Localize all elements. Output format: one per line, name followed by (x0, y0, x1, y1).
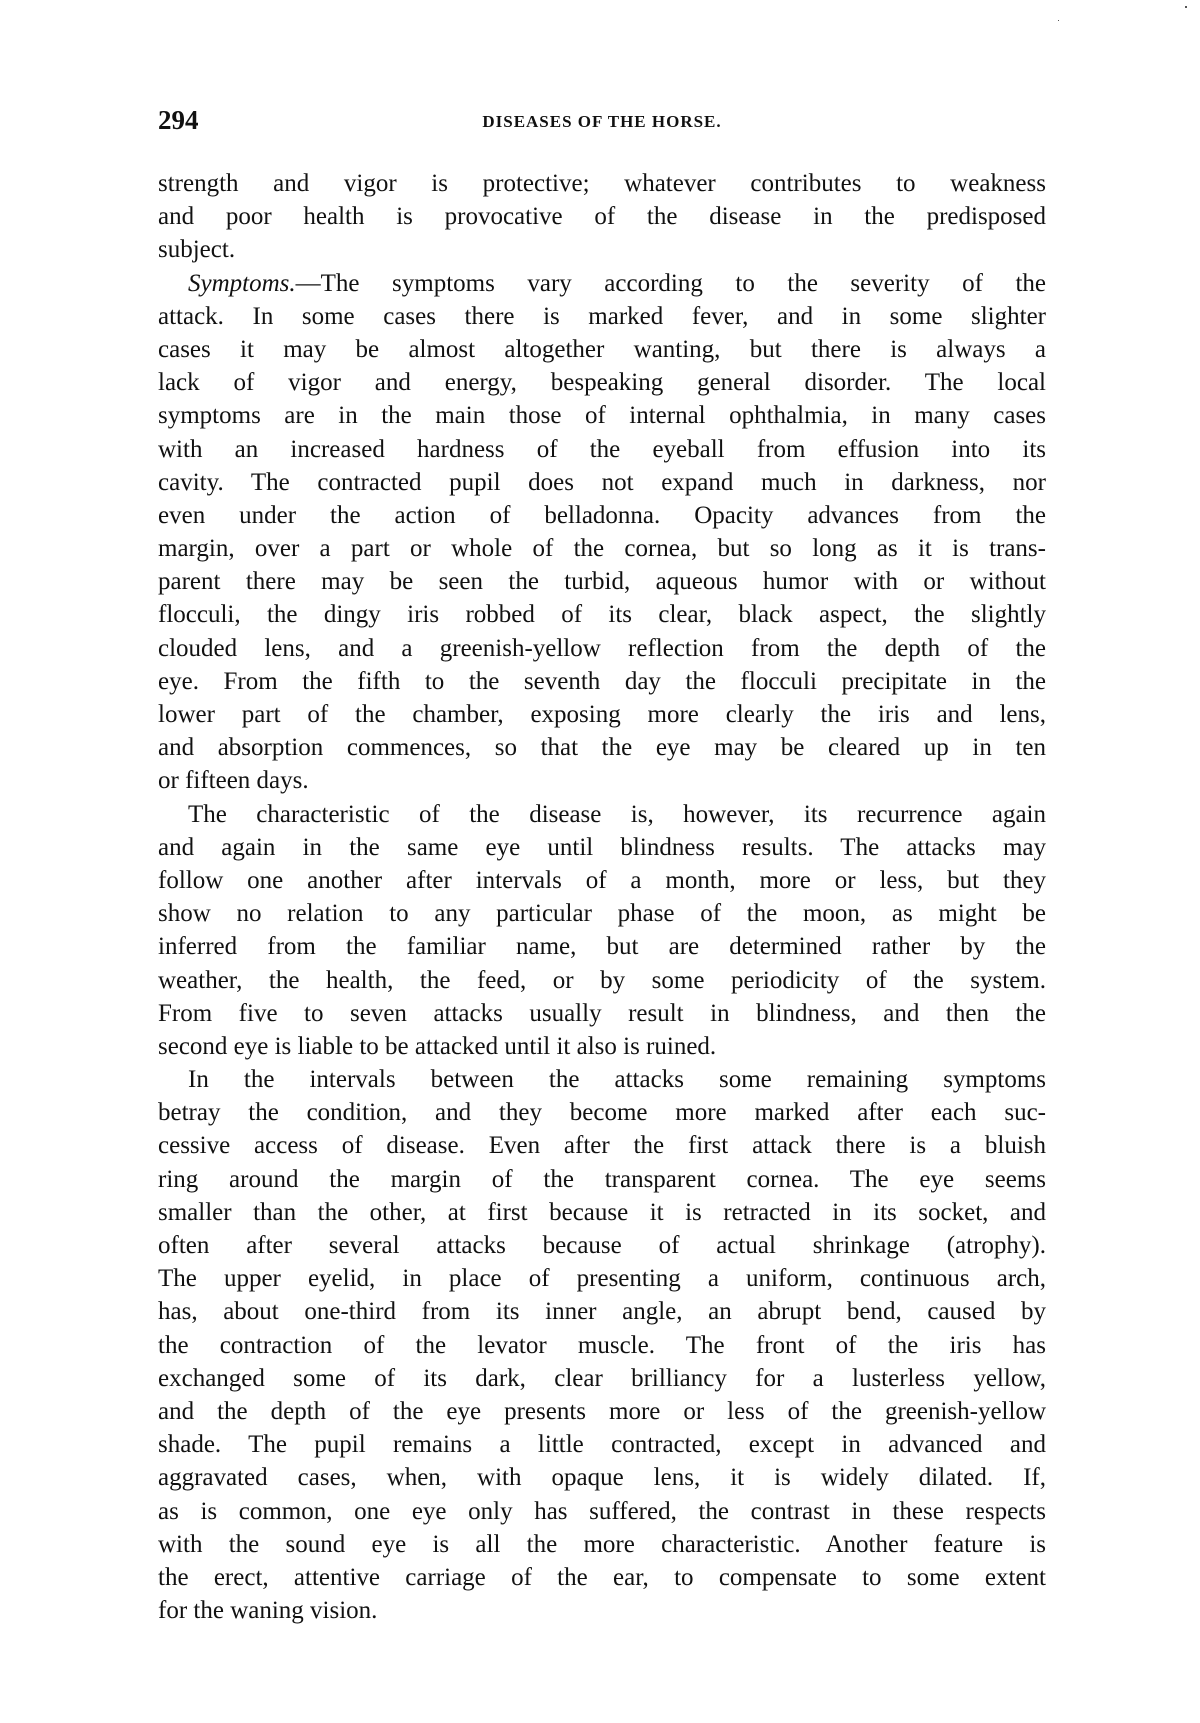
text-line: and again in the same eye until blindnes… (158, 831, 1046, 864)
text-line: has, about one-third from its inner angl… (158, 1295, 1046, 1328)
text-line: exchanged some of its dark, clear brilli… (158, 1362, 1046, 1395)
text-line: follow one another after intervals of a … (158, 864, 1046, 897)
text-line: In the intervals between the attacks som… (158, 1063, 1046, 1096)
text-line: inferred from the familiar name, but are… (158, 930, 1046, 963)
text-line: parent there may be seen the turbid, aqu… (158, 565, 1046, 598)
text-line: lack of vigor and energy, bespeaking gen… (158, 366, 1046, 399)
text-line: show no relation to any particular phase… (158, 897, 1046, 930)
text-line: flocculi, the dingy iris robbed of its c… (158, 598, 1046, 631)
section-lead-symptoms: Symptoms. (188, 270, 296, 297)
text-line: attack. In some cases there is marked fe… (158, 300, 1046, 333)
text-line: From five to seven attacks usually resul… (158, 997, 1046, 1030)
text-line: symptoms are in the main those of intern… (158, 399, 1046, 432)
text-line: often after several attacks because of a… (158, 1229, 1046, 1262)
text-line: ring around the margin of the transparen… (158, 1163, 1046, 1196)
text-line: aggravated cases, when, with opaque lens… (158, 1461, 1046, 1494)
text-line: weather, the health, the feed, or by som… (158, 964, 1046, 997)
text-line: cases it may be almost altogether wantin… (158, 333, 1046, 366)
text-line: even under the action of belladonna. Opa… (158, 499, 1046, 532)
text-line-symptoms: Symptoms.—The symptoms vary according to… (158, 267, 1046, 300)
text-line: The upper eyelid, in place of presenting… (158, 1262, 1046, 1295)
text-line: shade. The pupil remains a little contra… (158, 1428, 1046, 1461)
text-line: cavity. The contracted pupil does not ex… (158, 466, 1046, 499)
text-line: the contraction of the levator muscle. T… (158, 1329, 1046, 1362)
text-line: and the depth of the eye presents more o… (158, 1395, 1046, 1428)
text-line: clouded lens, and a greenish-yellow refl… (158, 632, 1046, 665)
scan-speck (1058, 20, 1059, 21)
text-line: betray the condition, and they become mo… (158, 1096, 1046, 1129)
text-line: with the sound eye is all the more chara… (158, 1528, 1046, 1561)
book-page: 294 DISEASES OF THE HORSE. strength and … (158, 100, 1046, 1627)
text-line: The characteristic of the disease is, ho… (158, 798, 1046, 831)
scan-speck (1185, 6, 1187, 8)
running-title: DISEASES OF THE HORSE. (158, 104, 1046, 140)
body-text: strength and vigor is protective; whatev… (158, 167, 1046, 1627)
text-line: with an increased hardness of the eyebal… (158, 433, 1046, 466)
text-run: —The symptoms vary according to the seve… (296, 270, 1046, 297)
text-line: strength and vigor is protective; whatev… (158, 167, 1046, 200)
text-line: and absorption commences, so that the ey… (158, 731, 1046, 764)
running-head: 294 DISEASES OF THE HORSE. (158, 100, 1046, 144)
text-line: cessive access of disease. Even after th… (158, 1129, 1046, 1162)
text-line: subject. (158, 233, 1046, 266)
text-line: eye. From the fifth to the seventh day t… (158, 665, 1046, 698)
text-line: as is common, one eye only has suffered,… (158, 1495, 1046, 1528)
text-line: for the waning vision. (158, 1594, 1046, 1627)
text-line: and poor health is provocative of the di… (158, 200, 1046, 233)
text-line: smaller than the other, at first because… (158, 1196, 1046, 1229)
text-line: lower part of the chamber, exposing more… (158, 698, 1046, 731)
text-line: the erect, attentive carriage of the ear… (158, 1561, 1046, 1594)
text-line: second eye is liable to be attacked unti… (158, 1030, 1046, 1063)
text-line: margin, over a part or whole of the corn… (158, 532, 1046, 565)
text-line: or fifteen days. (158, 764, 1046, 797)
